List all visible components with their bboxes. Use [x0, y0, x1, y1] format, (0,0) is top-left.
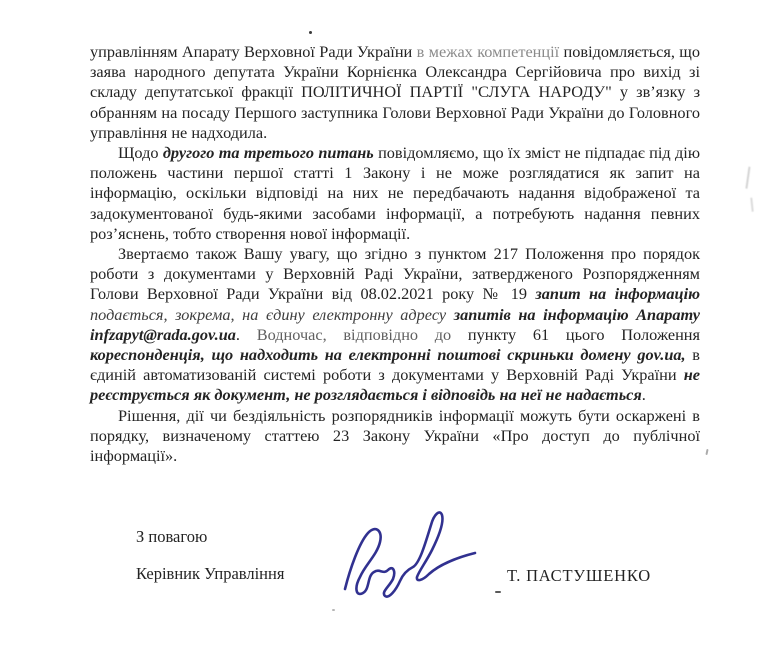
scan-speck	[309, 31, 312, 34]
text-segment: запит на інформацію	[535, 284, 700, 303]
letter-body: управлінням Апарату Верховної Ради Украї…	[90, 42, 700, 466]
text-segment: в межах компетенції	[417, 42, 560, 61]
text-segment: подається, зокрема, на єдину електронну …	[90, 305, 446, 324]
scan-edge-artifact	[744, 198, 753, 213]
handwritten-signature-icon	[333, 503, 483, 608]
text-segment: пункту 61 цього Положення	[451, 325, 700, 344]
paragraph: Щодо другого та третього питань повідомл…	[90, 143, 700, 244]
scan-speck	[332, 609, 335, 611]
text-segment: другого та третього питань	[163, 143, 374, 162]
signature-stroke	[345, 512, 475, 596]
signer-name: Т. ПАСТУШЕНКО	[507, 566, 651, 586]
text-segment: .	[642, 385, 646, 404]
text-segment: кореспонденція, що надходить на електрон…	[90, 345, 686, 364]
signer-title: Керівник Управління	[136, 564, 284, 584]
text-segment: Водночас, відповідно до	[257, 325, 451, 344]
paragraph: Звертаємо також Вашу увагу, що згідно з …	[90, 244, 700, 406]
text-segment: Рішення, дії чи бездіяльність розпорядни…	[90, 406, 700, 465]
closing-salutation: З повагою	[136, 527, 207, 547]
scan-speck	[705, 449, 708, 455]
scan-edge-artifact	[736, 165, 751, 188]
scan-speck	[495, 591, 501, 593]
text-segment: .	[236, 325, 257, 344]
scanned-letter-page: управлінням Апарату Верховної Ради Украї…	[0, 0, 761, 657]
text-segment: управлінням Апарату Верховної Ради Украї…	[90, 42, 417, 61]
text-segment: Щодо	[118, 143, 163, 162]
paragraph: Рішення, дії чи бездіяльність розпорядни…	[90, 406, 700, 467]
text-segment	[446, 305, 454, 324]
paragraph: управлінням Апарату Верховної Ради Украї…	[90, 42, 700, 143]
